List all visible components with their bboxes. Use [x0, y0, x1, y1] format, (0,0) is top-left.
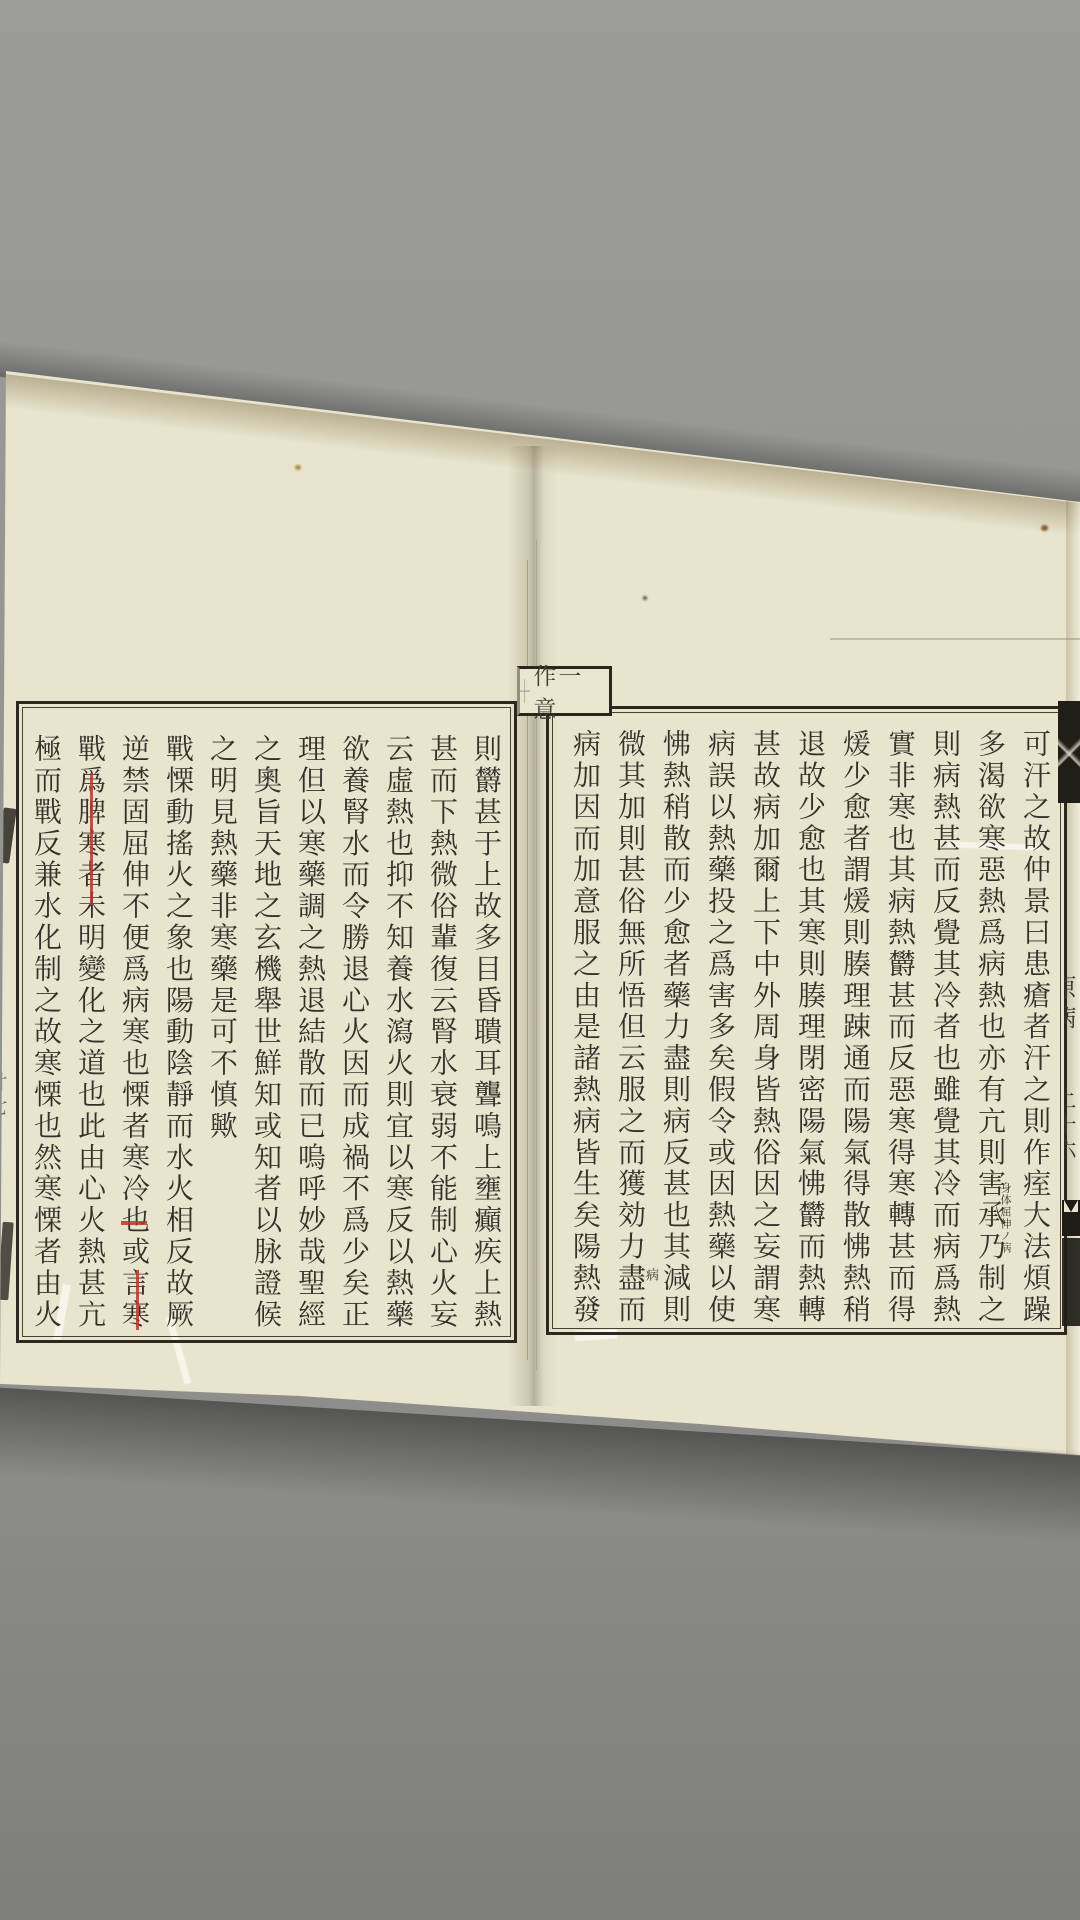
left-edge-partial-page-number: 廿七	[0, 1072, 11, 1172]
text-column: 煖少愈者謂煖則腠理踈通而陽氣得散怫熱稍	[833, 729, 878, 1331]
text-column: 之奧旨天地之玄機舉世鮮知或知者以脉證候	[244, 734, 288, 1334]
text-column: 則欝甚于上故多目昏聵耳聾鳴上壅癲疾上熱	[464, 734, 508, 1334]
text-column: 實非寒也其病熱欝甚而反惡寒得寒轉甚而得	[878, 729, 923, 1331]
text-column: 云虛熱也抑不知養水瀉火則宜以寒反以熱藥	[376, 734, 420, 1334]
interlinear-gloss: 身体屈伸ノ病	[997, 1182, 1013, 1292]
spine-page-number: 二十六	[1064, 1090, 1080, 1200]
text-column: 極而戰反兼水化制之故寒慄也然寒慄者由火	[24, 734, 68, 1334]
edge-ink-wedge	[0, 807, 17, 863]
text-column: 逆禁固屈伸不便爲病寒也慄者寒冷也或言寒	[112, 734, 156, 1334]
text-column: 欲養腎水而令勝退心火因而成禍不爲少矣正	[332, 734, 376, 1334]
text-column: 可汗之故仲景曰患瘡者汗之則作痓大法煩躁	[1013, 729, 1058, 1331]
text-column: 病加因而加意服之由是諸熱病皆生矣陽熱發	[563, 729, 608, 1331]
red-emphasis-line	[90, 773, 93, 905]
text-column: 甚故病加爾上下中外周身皆熱俗因之妄謂寒	[743, 729, 788, 1331]
text-column: 甚而下熱微俗輩復云腎水衰弱不能制心火妄	[420, 734, 464, 1334]
foxing-spot	[1041, 525, 1048, 531]
inline-gloss-character: 病	[641, 1268, 660, 1288]
right-page-text: 可汗之故仲景曰患瘡者汗之則作痓大法煩躁多渴欲寒惡熱爲病熱也亦有亢則害承乃制之則病…	[552, 729, 1058, 1331]
text-column: 退故少愈也其寒則腠理閉密陽氣怫欝而熱轉	[788, 729, 833, 1331]
text-column: 則病熱甚而反覺其冷者也雖覺其冷而病爲熱	[923, 729, 968, 1331]
open-book: 可汗之故仲景曰患瘡者汗之則作痓大法煩躁多渴欲寒惡熱爲病熱也亦有亢則害承乃制之則病…	[0, 0, 1080, 1920]
text-column: 之明見熱藥非寒藥是可不慎歟	[200, 734, 244, 1334]
left-page-text: 則欝甚于上故多目昏聵耳聾鳴上壅癲疾上熱甚而下熱微俗輩復云腎水衰弱不能制心火妄云虛…	[22, 734, 508, 1334]
edge-ink-wedge	[0, 1222, 14, 1301]
text-column: 病誤以熱藥投之爲害多矣假令或因熱藥以使	[698, 729, 743, 1331]
text-column: 怫熱稍散而少愈者藥力盡則病反甚也其減則	[653, 729, 698, 1331]
text-column: 微其加則甚俗無所悟但云服之而獲効力盡而	[608, 729, 653, 1331]
text-column: 理但以寒藥調之熱退結散而已嗚呼妙哉聖經	[288, 734, 332, 1334]
illegible-character-stub	[520, 679, 530, 703]
ink-speck	[643, 596, 647, 600]
text-column: 戰慄動搖火之象也陽動陰靜而水火相反故厥	[156, 734, 200, 1334]
marginal-note-text: 作一意	[533, 658, 604, 724]
fishtail-ornament	[1062, 1200, 1080, 1236]
foxing-spot	[295, 465, 301, 470]
marginal-collation-note: 作一意	[517, 666, 612, 716]
red-emphasis-line	[136, 1270, 139, 1330]
spine-black-bar	[1062, 1238, 1080, 1326]
red-emphasis-tick	[121, 1221, 147, 1225]
spine-ornament-block	[1058, 701, 1080, 803]
paper-crease	[830, 638, 1080, 640]
spine-title: 原病	[1064, 975, 1080, 1085]
book-scan-photo: { "scan": { "background_color": "#949492…	[0, 0, 1080, 1920]
